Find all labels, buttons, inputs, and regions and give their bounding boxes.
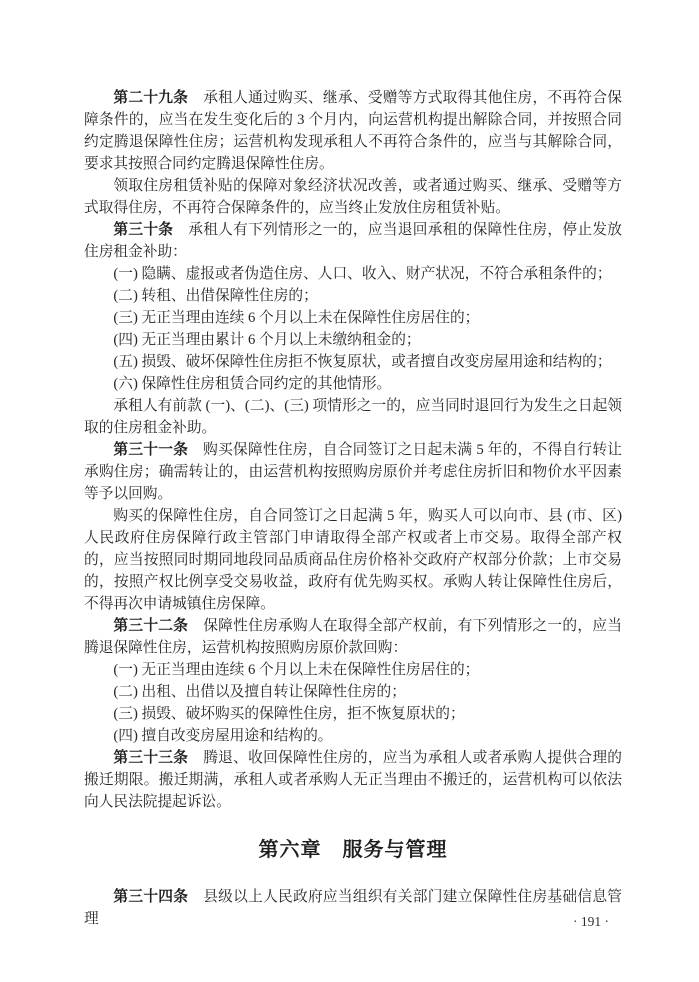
paragraph-text: (二) 转租、出借保障性住房的； [113, 288, 317, 304]
paragraph-text: (一) 无正当理由连续 6 个月以上未在保障性住房居住的； [113, 662, 479, 678]
body-paragraph: 承租人有前款 (一)、(二)、(三) 项情形之一的，应当同时退回行为发生之日起领… [84, 395, 622, 439]
list-item-paragraph: (三) 损毁、破坏购买的保障性住房，拒不恢复原状的； [84, 703, 622, 725]
paragraph-text: (三) 无正当理由连续 6 个月以上未在保障性住房居住的； [113, 310, 479, 326]
list-item-paragraph: (五) 损毁、破坏保障性住房拒不恢复原状，或者擅自改变房屋用途和结构的； [84, 351, 622, 373]
paragraph-text: 承租人有前款 (一)、(二)、(三) 项情形之一的，应当同时退回行为发生之日起领… [84, 398, 622, 436]
paragraph-text: (六) 保障性住房租赁合同约定的其他情形。 [113, 376, 391, 392]
paragraph-text: (五) 损毁、破坏保障性住房拒不恢复原状，或者擅自改变房屋用途和结构的； [113, 354, 611, 370]
article-number: 第三十一条 [113, 442, 188, 458]
body-paragraph: 第三十条 承租人有下列情形之一的，应当退回承租的保障性住房，停止发放住房租金补助… [84, 219, 622, 263]
page-number: · 191 · [573, 914, 609, 930]
body-paragraph: 购买的保障性住房，自合同签订之日起满 5 年，购买人可以向市、县 (市、区) 人… [84, 505, 622, 615]
body-paragraph: 第二十九条 承租人通过购买、继承、受赠等方式取得其他住房，不再符合保障条件的，应… [84, 87, 622, 175]
paragraph-text: 领取住房租赁补贴的保障对象经济状况改善，或者通过购买、继承、受赠等方式取得住房，… [84, 178, 622, 216]
article-number: 第三十四条 [113, 889, 188, 905]
body-paragraph: 第三十一条 购买保障性住房，自合同签订之日起未满 5 年的，不得自行转让承购住房… [84, 439, 622, 505]
list-item-paragraph: (二) 出租、出借以及擅自转让保障性住房的； [84, 681, 622, 703]
body-paragraph: 第三十三条 腾退、收回保障性住房的，应当为承租人或者承购人提供合理的搬迁期限。搬… [84, 747, 622, 813]
paragraph-text: (二) 出租、出借以及擅自转让保障性住房的； [113, 684, 406, 700]
paragraph-text: (三) 损毁、破坏购买的保障性住房，拒不恢复原状的； [113, 706, 464, 722]
paragraph-text: (四) 擅自改变房屋用途和结构的。 [113, 728, 332, 744]
paragraph-text: (四) 无正当理由累计 6 个月以上未缴纳租金的； [113, 332, 420, 348]
list-item-paragraph: (六) 保障性住房租赁合同约定的其他情形。 [84, 373, 622, 395]
list-item-paragraph: (四) 擅自改变房屋用途和结构的。 [84, 725, 622, 747]
paragraph-text: (一) 隐瞒、虚报或者伪造住房、人口、收入、财产状况，不符合承租条件的； [113, 266, 611, 282]
list-item-paragraph: (一) 隐瞒、虚报或者伪造住房、人口、收入、财产状况，不符合承租条件的； [84, 263, 622, 285]
list-item-paragraph: (三) 无正当理由连续 6 个月以上未在保障性住房居住的； [84, 307, 622, 329]
article-number: 第二十九条 [113, 90, 188, 106]
body-paragraph: 领取住房租赁补贴的保障对象经济状况改善，或者通过购买、继承、受赠等方式取得住房，… [84, 175, 622, 219]
document-page: 第二十九条 承租人通过购买、继承、受赠等方式取得其他住房，不再符合保障条件的，应… [0, 0, 699, 982]
body-paragraph: 第三十四条 县级以上人民政府应当组织有关部门建立保障性住房基础信息管理 [84, 886, 622, 930]
article-number: 第三十条 [113, 222, 173, 238]
body-paragraph: 第三十二条 保障性住房承购人在取得全部产权前，有下列情形之一的，应当腾退保障性住… [84, 615, 622, 659]
article-number: 第三十三条 [113, 750, 188, 766]
list-item-paragraph: (四) 无正当理由累计 6 个月以上未缴纳租金的； [84, 329, 622, 351]
article-number: 第三十二条 [113, 618, 188, 634]
chapter-heading: 第六章 服务与管理 [84, 837, 622, 863]
paragraph-text: 购买的保障性住房，自合同签订之日起满 5 年，购买人可以向市、县 (市、区) 人… [84, 508, 622, 612]
list-item-paragraph: (二) 转租、出借保障性住房的； [84, 285, 622, 307]
list-item-paragraph: (一) 无正当理由连续 6 个月以上未在保障性住房居住的； [84, 659, 622, 681]
